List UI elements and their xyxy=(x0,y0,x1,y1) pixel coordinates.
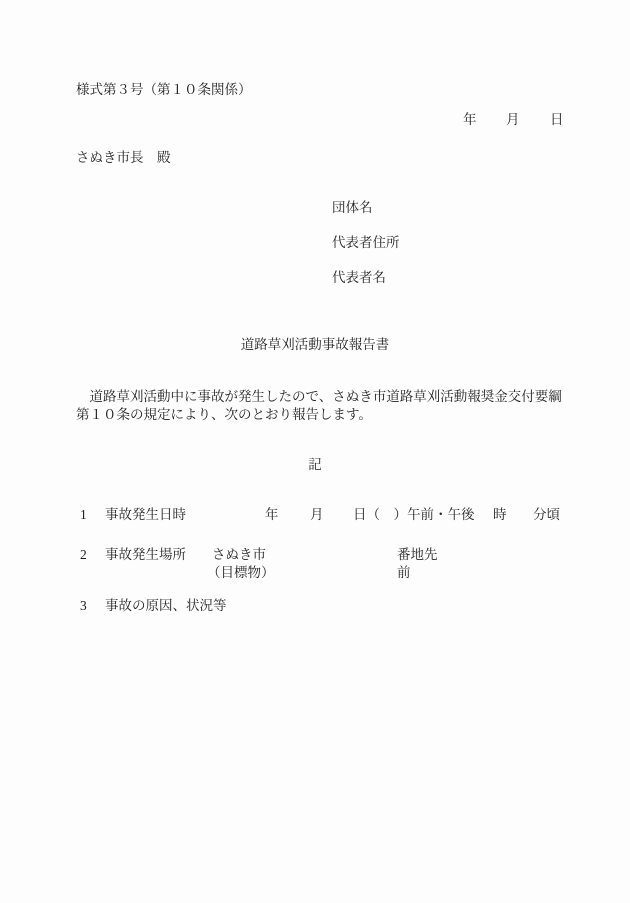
rep-address-label: 代表者住所 xyxy=(332,234,400,251)
record-marker: 記 xyxy=(0,456,630,473)
item-1-minute-label: 分頃 xyxy=(533,506,560,523)
item-1-month-label: 月 xyxy=(310,506,324,523)
body-paragraph-line-2: 第１０条の規定により、次のとおり報告します。 xyxy=(76,406,372,423)
blank-date-year-label: 年 xyxy=(463,111,477,128)
item-1-day-ampm-label: 日（ ）午前・午後 xyxy=(353,506,475,523)
item-2-label: 事故発生場所 xyxy=(105,546,186,563)
item-1-label: 事故発生日時 xyxy=(105,506,186,523)
item-2-banchi-label: 番地先 xyxy=(397,546,438,563)
body-paragraph-line-1: 道路草刈活動中に事故が発生したので、さぬき市道路草刈活動報奨金交付要綱 xyxy=(76,388,562,405)
item-1-line: 1 事故発生日時 年 月 日（ ）午前・午後 時 分頃 xyxy=(0,506,630,523)
item-1-number: 1 xyxy=(80,506,87,523)
item-2-city-label: さぬき市 xyxy=(212,546,266,563)
document-page: 様式第３号（第１０条関係） 年 月 日 さぬき市長 殿 団体名 代表者住所 代表… xyxy=(0,0,630,903)
item-2-mae-label: 前 xyxy=(397,564,411,581)
item-3-label: 事故の原因、状況等 xyxy=(105,597,227,614)
blank-date-line: 年 月 日 xyxy=(0,111,630,128)
group-name-label: 団体名 xyxy=(332,199,373,216)
form-number-label: 様式第３号（第１０条関係） xyxy=(76,81,252,98)
item-1-year-label: 年 xyxy=(265,506,279,523)
rep-name-label: 代表者名 xyxy=(332,269,386,286)
item-3-line: 3 事故の原因、状況等 xyxy=(0,597,630,614)
item-2-line-1: 2 事故発生場所 さぬき市 番地先 xyxy=(0,546,630,563)
item-1-hour-label: 時 xyxy=(493,506,507,523)
blank-date-day-label: 日 xyxy=(550,111,564,128)
item-3-number: 3 xyxy=(80,597,87,614)
blank-date-month-label: 月 xyxy=(506,111,520,128)
item-2-landmark-label: （目標物） xyxy=(207,564,275,581)
item-2-line-2: （目標物） 前 xyxy=(0,564,630,581)
document-title: 道路草刈活動事故報告書 xyxy=(0,336,630,353)
addressee-line: さぬき市長 殿 xyxy=(76,149,171,166)
item-2-number: 2 xyxy=(80,546,87,563)
